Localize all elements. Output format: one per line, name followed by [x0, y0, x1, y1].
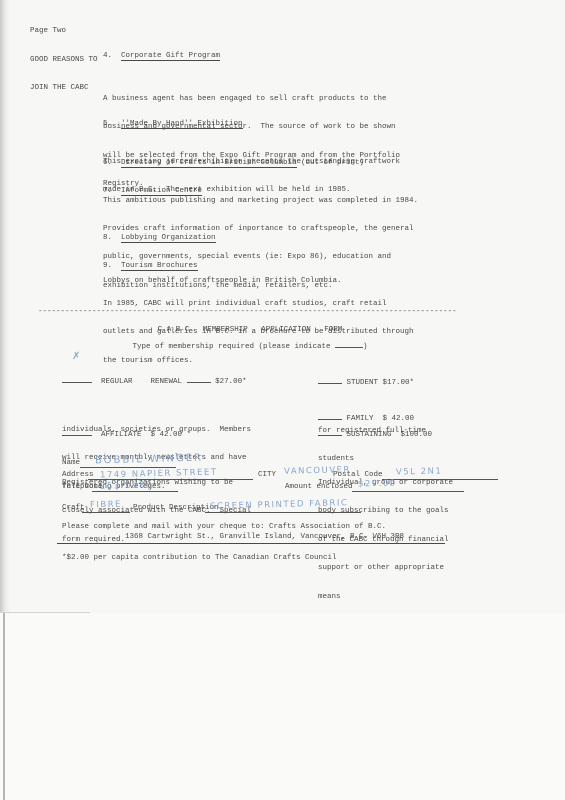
underlying-page-edge	[3, 613, 5, 800]
page-bottom-edge	[0, 612, 90, 613]
membership-fee: $100.00	[401, 431, 433, 439]
reason-number: 6.	[103, 159, 121, 169]
postal-code-field-rule	[382, 478, 498, 480]
membership-affiliate-line: AFFILIATE $ 42.00 *	[62, 429, 307, 441]
reason-number: 5.	[103, 120, 121, 130]
reason-title: Lobbying Organization	[121, 234, 216, 243]
regular-check-mark: ✗	[72, 351, 83, 362]
blank-line	[62, 376, 92, 383]
telephone-field-value: 253-0988	[100, 480, 153, 491]
reason-title-suffix: (out of print)	[297, 159, 365, 167]
reason-title: ''Made By Hand'' Exhibition	[121, 120, 243, 129]
blank-line	[335, 341, 363, 348]
membership-student-line: STUDENT $17.00*	[318, 377, 548, 389]
membership-fee: $17.00*	[383, 379, 415, 387]
amount-enclosed-field-label: Amount enclosed	[285, 483, 353, 491]
membership-fee: $27.00*	[215, 378, 247, 386]
reason-number: 9.	[103, 262, 121, 272]
reason-title: Corporate Gift Program	[121, 52, 220, 61]
page-left-edge	[0, 0, 10, 613]
craft-field-value: FIBRE	[90, 500, 122, 511]
membership-label: SUSTAINING	[347, 431, 392, 439]
under-sheet	[0, 613, 565, 800]
dashed-separator: ----------------------------------------…	[38, 308, 457, 316]
name-field-label: Name	[62, 459, 80, 467]
reason-number: 7.	[103, 187, 121, 197]
postal-code-field-label: Postal Code	[333, 471, 383, 479]
postal-code-field-value: V5L 2N1	[396, 466, 443, 477]
membership-label: AFFILIATE	[101, 431, 142, 439]
capita-note: *$2.00 per capita contribution to The Ca…	[62, 554, 337, 564]
membership-label-renewal: RENEWAL	[151, 378, 183, 386]
blank-line	[187, 376, 211, 383]
mail-address-line: 1368 Cartwright St., Granville Island, V…	[57, 533, 445, 544]
amount-enclosed-field-value: $27.00	[358, 478, 397, 489]
amount-enclosed-field-rule	[352, 490, 464, 492]
city-field-label: CITY	[258, 471, 276, 479]
reason-number: 4.	[103, 52, 121, 62]
blank-line	[318, 377, 342, 384]
mail-instruction-line: Please complete and mail with your chequ…	[62, 523, 386, 533]
reason-title: Directory of Crafts in British Columbia	[121, 159, 297, 168]
page-label: Page Two	[30, 27, 98, 37]
membership-label: STUDENT	[347, 379, 379, 387]
form-title: C A B C MEMBERSHIP APPLICATION FORM	[0, 326, 500, 334]
blank-line	[318, 429, 342, 436]
reason-number: 8.	[103, 234, 121, 244]
membership-regular-line: REGULAR RENEWAL $27.00*	[62, 376, 307, 388]
reason-title: Information Centre	[121, 187, 202, 196]
blank-line	[62, 429, 92, 436]
membership-fee: $ 42.00 *	[151, 431, 192, 439]
craft-field-rule	[82, 511, 130, 513]
membership-label: REGULAR	[101, 378, 133, 386]
reason-title: Tourism Brochures	[121, 262, 198, 271]
form-subtitle: Type of membership required (please indi…	[0, 341, 500, 351]
scanned-page: Page Two GOOD REASONS TO JOIN THE CABC 4…	[0, 0, 565, 800]
membership-sustaining-line: SUSTAINING $100.00	[318, 429, 548, 441]
